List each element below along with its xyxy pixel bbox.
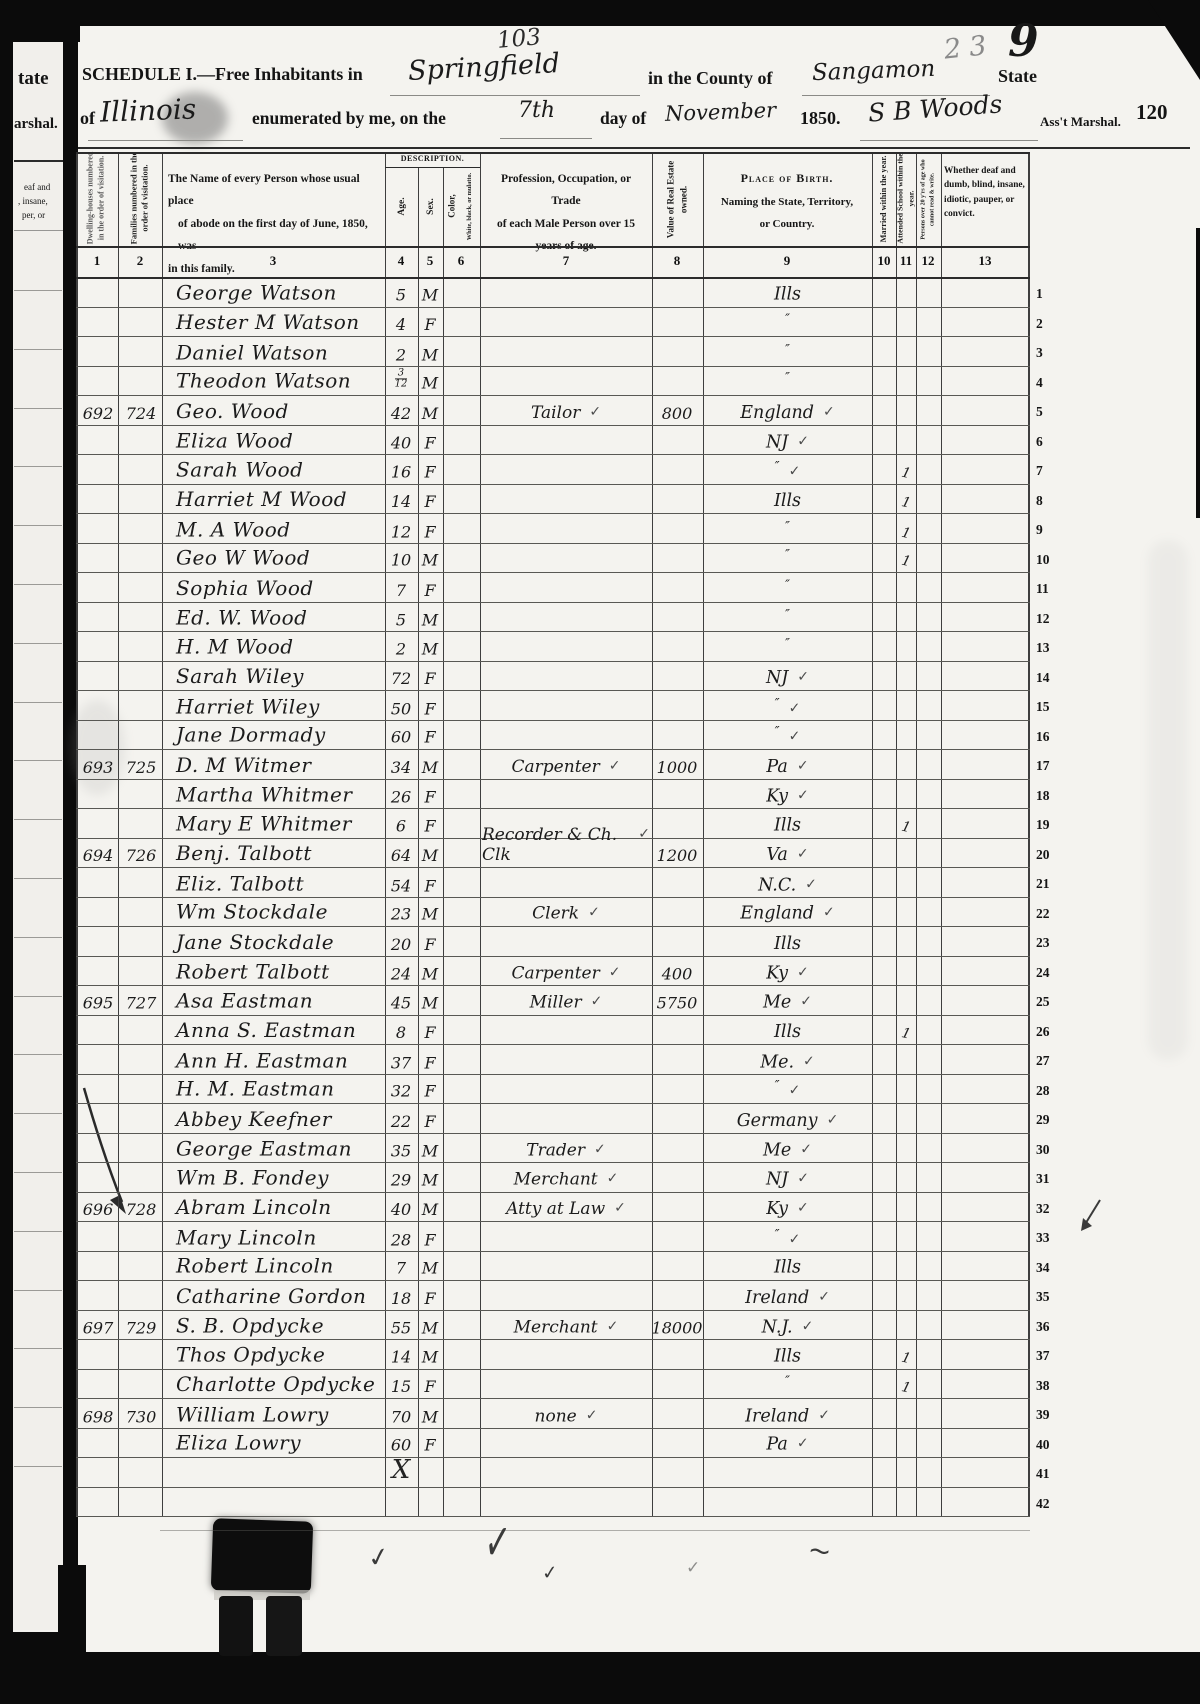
column-header-text: Families numbered in the order of visita…	[128, 152, 151, 245]
sex-cell: M	[417, 965, 443, 984]
person-name-cell: Anna S. Eastman	[170, 1018, 389, 1042]
age-cell: 23	[384, 904, 418, 923]
column-header-text: The Name of every Person whose usual pla…	[168, 168, 382, 213]
attended-school-cell: 1	[895, 493, 916, 513]
person-name-cell: Robert Lincoln	[170, 1253, 389, 1277]
family-number-cell: 728	[120, 1200, 162, 1219]
check-mark: ✓	[803, 1053, 815, 1069]
birthplace-cell: Me✓	[704, 1141, 871, 1161]
line-number: 2	[1036, 316, 1043, 332]
check-mark: ✓	[789, 700, 801, 716]
dwelling-number-cell: 698	[78, 1407, 118, 1426]
check-mark: ✓	[607, 1170, 619, 1186]
birthplace-cell: Ireland✓	[704, 1406, 871, 1426]
person-name-cell: Abram Lincoln	[170, 1195, 389, 1219]
birthplace-cell: NJ✓	[704, 1169, 871, 1189]
person-name-cell: Sarah Wood	[170, 457, 389, 481]
birthplace-cell: Ky✓	[704, 964, 871, 984]
printed-page-number: 120	[1136, 100, 1168, 125]
sex-cell: F	[417, 581, 443, 600]
column-number: 12	[916, 253, 940, 269]
age-cell: 16	[384, 462, 418, 481]
age-cell: 5	[384, 611, 418, 630]
birthplace-cell: ″	[704, 377, 871, 392]
sex-cell: M	[417, 993, 443, 1012]
neighbor-fragment: , insane,	[18, 196, 48, 206]
age-cell: 54	[384, 876, 418, 895]
age-cell: 60	[384, 727, 418, 746]
age-cell: 28	[384, 1230, 418, 1249]
census-row: 694726Benj. Talbott64MRecorder & Ch. Clk…	[0, 838, 1100, 868]
sex-cell: M	[417, 404, 443, 423]
check-mark: ✓	[586, 1407, 598, 1423]
census-row: George Eastman35MTrader✓Me✓	[0, 1133, 1100, 1163]
age-cell: 45	[384, 993, 418, 1012]
age-cell: X	[384, 1455, 418, 1485]
blank-line	[500, 138, 592, 139]
census-row: Abbey Keefner22FGermany✓	[0, 1103, 1100, 1133]
schedule-title: SCHEDULE I.—Free Inhabitants in	[82, 64, 363, 85]
sex-cell: M	[417, 846, 443, 865]
check-mark: ✓	[609, 965, 621, 981]
county-label: in the County of	[648, 68, 773, 89]
scan-bottom-border	[0, 1652, 1200, 1704]
person-name-cell: Harriet Wiley	[170, 694, 389, 718]
census-row: Anna S. Eastman8FIlls1	[0, 1015, 1100, 1045]
sex-cell: F	[417, 462, 443, 481]
census-row: Ed. W. Wood5M″	[0, 602, 1100, 632]
line-number: 8	[1036, 493, 1043, 509]
column-number: 5	[418, 253, 442, 269]
line-number: 33	[1036, 1230, 1050, 1246]
sex-cell: F	[417, 699, 443, 718]
occupation-cell: Recorder & Ch. Clk✓	[482, 825, 650, 865]
sex-cell: F	[417, 315, 443, 334]
person-name-cell: Daniel Watson	[170, 340, 389, 364]
sex-cell: M	[417, 550, 443, 569]
line-number: 35	[1036, 1289, 1050, 1305]
line-number: 25	[1036, 994, 1050, 1010]
attended-school-cell: 1	[895, 551, 916, 571]
column-number: 1	[85, 253, 109, 269]
column-header-text: DESCRIPTION.	[385, 154, 480, 163]
column-header-text: Whether deaf and dumb, blind, insane, id…	[944, 166, 1025, 219]
birthplace-cell: ″✓	[704, 1233, 871, 1249]
line-number: 23	[1036, 935, 1050, 951]
line-number: 4	[1036, 375, 1043, 391]
line-number: 10	[1036, 552, 1050, 568]
occupation-cell: Merchant✓	[482, 1169, 650, 1189]
sex-cell: M	[417, 373, 443, 392]
column-number: 11	[894, 253, 918, 269]
line-number: 41	[1036, 1466, 1050, 1482]
age-cell: 20	[384, 935, 418, 954]
column-header-text: Dwelling-houses numbered in the order of…	[86, 152, 108, 245]
column-number: 9	[775, 253, 799, 269]
birthplace-cell: N.C.✓	[704, 875, 871, 895]
dwelling-number-cell: 697	[78, 1319, 118, 1338]
line-number: 32	[1036, 1201, 1050, 1217]
age-cell: 40	[384, 434, 418, 453]
column-number: 8	[665, 253, 689, 269]
column-number: 4	[389, 253, 413, 269]
birthplace-cell: ″✓	[704, 702, 871, 718]
person-name-cell: Jane Dormady	[170, 722, 389, 746]
check-mark: ✓	[638, 826, 650, 842]
dwelling-number-cell: 693	[78, 758, 118, 777]
dwelling-number-cell: 694	[78, 846, 118, 865]
line-number: 29	[1036, 1112, 1050, 1128]
birthplace-cell: NJ✓	[704, 668, 871, 688]
sex-cell: F	[417, 788, 443, 807]
sex-cell: M	[417, 611, 443, 630]
sex-cell: M	[417, 1319, 443, 1338]
age-cell: 26	[384, 788, 418, 807]
birthplace-cell: Ills	[704, 934, 871, 954]
census-row: Eliz. Talbott54FN.C.✓	[0, 868, 1100, 898]
person-name-cell: Geo W Wood	[170, 545, 389, 569]
scan-right-sliver	[1196, 228, 1200, 518]
grid-line	[160, 1530, 1030, 1531]
line-number: 5	[1036, 404, 1043, 420]
census-row: Harriet Wiley50F″✓	[0, 691, 1100, 721]
age-cell: 35	[384, 1142, 418, 1161]
sex-cell: F	[417, 1112, 443, 1131]
family-number-cell: 729	[120, 1319, 162, 1338]
attended-school-cell: 1	[895, 523, 916, 543]
column-header-value: Value of Real Estate owned.	[652, 155, 703, 245]
person-name-cell: H. M Wood	[170, 634, 389, 658]
person-name-cell: Sarah Wiley	[170, 664, 389, 688]
check-mark: ✓	[589, 404, 601, 420]
column-header-text: Age.	[397, 197, 407, 215]
occupation-cell: Clerk✓	[482, 903, 650, 923]
column-header-age: Age.	[385, 168, 418, 245]
neighbor-fragment: per, or	[22, 210, 45, 220]
census-row: Robert Lincoln7MIlls	[0, 1250, 1100, 1280]
check-mark: ✓	[797, 788, 809, 804]
age-cell: 10	[384, 550, 418, 569]
check-mark: ✓	[797, 965, 809, 981]
column-header-sex: Sex.	[418, 168, 443, 245]
sex-cell: F	[417, 522, 443, 541]
line-number: 42	[1036, 1496, 1050, 1512]
column-number: 10	[872, 253, 896, 269]
ink-blot-leg	[266, 1596, 302, 1656]
birthplace-cell: Ills	[704, 491, 871, 511]
person-name-cell: Mary Lincoln	[170, 1225, 389, 1249]
check-mark: ✓	[827, 1112, 839, 1128]
column-header-whether-deaf: Whether deaf and dumb, blind, insane, id…	[944, 164, 1028, 222]
column-header-profession: Profession, Occupation, or Trade of each…	[486, 168, 646, 258]
birthplace-cell: N.J.✓	[704, 1318, 871, 1338]
column-header-school: Attended School within the year.	[896, 153, 917, 245]
census-row: Jane Stockdale20FIlls	[0, 926, 1100, 956]
age-cell: 15	[384, 1377, 418, 1396]
column-number: 3	[261, 253, 285, 269]
birthplace-cell: Germany✓	[704, 1111, 871, 1131]
birthplace-cell: Ky✓	[704, 1199, 871, 1219]
sex-cell: M	[417, 1142, 443, 1161]
column-header-color-sub: White, black, or mulatto.	[461, 168, 480, 245]
column-header-text: of each Male Person over 15	[486, 213, 646, 235]
corner-number-light: 23	[943, 29, 996, 65]
neighbor-rule	[14, 160, 63, 162]
line-number: 13	[1036, 640, 1050, 656]
census-row: 695727Asa Eastman45MMiller✓5750Me✓	[0, 984, 1100, 1014]
sex-cell: F	[417, 1377, 443, 1396]
line-number: 1	[1036, 286, 1043, 302]
line-number: 7	[1036, 463, 1043, 479]
sex-cell: M	[417, 1258, 443, 1277]
birthplace-cell: Ills	[704, 1022, 871, 1042]
census-row: Ann H. Eastman37FMe.✓	[0, 1045, 1100, 1075]
neighbor-fragment: tate	[18, 68, 49, 90]
column-header-birthplace: Place of Birth. Naming the State, Territ…	[708, 166, 866, 236]
family-number-cell: 726	[120, 846, 162, 865]
check-mark: ✓	[614, 1200, 626, 1216]
person-name-cell: Jane Stockdale	[170, 930, 389, 954]
census-row: 693725D. M Witmer34MCarpenter✓1000Pa✓	[0, 749, 1100, 779]
sex-cell: M	[417, 345, 443, 364]
age-cell: 7	[384, 581, 418, 600]
census-row: Wm B. Fondey29MMerchant✓NJ✓	[0, 1161, 1100, 1191]
age-cell: 5	[384, 285, 418, 304]
real-estate-value-cell: 1200	[652, 846, 702, 865]
check-mark: ✓	[800, 1142, 812, 1158]
birthplace-cell: ″	[704, 1381, 871, 1396]
occupation-cell: Atty at Law✓	[482, 1199, 650, 1219]
state-handwritten: Illinois	[99, 92, 196, 128]
attended-school-cell: 1	[895, 463, 916, 483]
age-cell: 312	[384, 371, 418, 392]
age-cell: 37	[384, 1053, 418, 1072]
month-handwritten: November	[665, 98, 777, 126]
age-cell: 8	[384, 1023, 418, 1042]
sex-cell: F	[417, 1289, 443, 1308]
birthplace-cell: ″	[704, 349, 871, 364]
description-label: DESCRIPTION.	[385, 154, 480, 163]
age-cell: 24	[384, 965, 418, 984]
line-number: 19	[1036, 817, 1050, 833]
census-row: 692724Geo. Wood42MTailor✓800England✓	[0, 395, 1100, 425]
person-name-cell: Eliza Wood	[170, 429, 389, 453]
birthplace-cell: Me.✓	[704, 1052, 871, 1072]
person-name-cell: Thos Opdycke	[170, 1342, 389, 1366]
sex-cell: M	[417, 758, 443, 777]
check-mark: ✓	[797, 846, 809, 862]
check-mark: ✓	[818, 1289, 830, 1305]
sex-cell: M	[417, 904, 443, 923]
person-name-cell: Eliz. Talbott	[170, 871, 389, 895]
age-cell: 40	[384, 1200, 418, 1219]
pen-mark: ✓	[483, 1513, 512, 1574]
check-mark: ✓	[805, 876, 817, 892]
grid-line	[76, 246, 1030, 248]
census-row: H. M. Eastman32F″✓	[0, 1073, 1100, 1103]
column-header-text: Place of Birth.	[708, 166, 866, 191]
birthplace-cell: ″✓	[704, 730, 871, 746]
ink-smudge	[1148, 540, 1188, 1060]
line-number: 6	[1036, 434, 1043, 450]
column-header-color: Color,	[443, 168, 461, 245]
check-mark: ✓	[797, 1435, 809, 1451]
census-row: Wm Stockdale23MClerk✓England✓	[0, 896, 1100, 926]
check-mark: ✓	[800, 993, 812, 1009]
census-row: 697729S. B. Opdycke55MMerchant✓18000N.J.…	[0, 1310, 1100, 1340]
birthplace-cell: NJ✓	[704, 433, 871, 453]
birthplace-cell: Ills	[704, 284, 871, 304]
check-mark: ✓	[823, 404, 835, 420]
age-cell: 64	[384, 846, 418, 865]
age-cell: 6	[384, 816, 418, 835]
sex-cell: F	[417, 935, 443, 954]
census-row: M. A Wood12F″1	[0, 514, 1100, 544]
column-header-text: Persons over 20 y'rs of age who cannot r…	[920, 154, 936, 246]
person-name-cell: Benj. Talbott	[170, 841, 389, 865]
birthplace-cell: Me✓	[704, 992, 871, 1012]
person-name-cell: Wm B. Fondey	[170, 1165, 389, 1189]
column-header-families: Families numbered in the order of visita…	[118, 152, 162, 245]
occupation-cell: Carpenter✓	[482, 964, 650, 984]
sex-cell: F	[417, 492, 443, 511]
person-name-cell: Martha Whitmer	[170, 783, 389, 807]
census-row: Sarah Wood16F″✓1	[0, 453, 1100, 483]
age-cell: 34	[384, 758, 418, 777]
dwelling-number-cell: 696	[78, 1200, 118, 1219]
attended-school-cell: 1	[895, 817, 916, 837]
birthplace-cell: Ills	[704, 815, 871, 835]
age-cell: 14	[384, 492, 418, 511]
column-header-dwelling: Dwelling-houses numbered in the order of…	[76, 152, 118, 245]
check-mark: ✓	[802, 1319, 814, 1335]
census-row	[0, 1487, 1100, 1517]
family-number-cell: 727	[120, 993, 162, 1012]
marshal-label: Ass't Marshal.	[1040, 114, 1121, 130]
blank-line	[88, 140, 243, 141]
age-cell: 60	[384, 1435, 418, 1454]
sex-cell: F	[417, 1435, 443, 1454]
column-header-text: Value of Real Estate owned.	[664, 155, 689, 245]
check-mark: ✓	[789, 728, 801, 744]
person-name-cell: H. M. Eastman	[170, 1076, 389, 1100]
sex-cell: F	[417, 1053, 443, 1072]
county-handwritten: Sangamon	[812, 56, 936, 86]
line-number: 31	[1036, 1171, 1050, 1187]
birthplace-cell: ″	[704, 554, 871, 569]
pen-mark: ✓	[366, 1541, 393, 1574]
sex-cell: M	[417, 639, 443, 658]
line-number: 22	[1036, 906, 1050, 922]
census-row: 696728Abram Lincoln40MAtty at Law✓Ky✓	[0, 1192, 1100, 1222]
person-name-cell: Charlotte Opdycke	[170, 1372, 389, 1396]
age-cell: 42	[384, 404, 418, 423]
attended-school-cell: 1	[895, 1024, 916, 1044]
person-name-cell: Robert Talbott	[170, 960, 389, 984]
sex-cell: F	[417, 816, 443, 835]
line-number: 26	[1036, 1024, 1050, 1040]
corner-number-dark: 9	[1008, 16, 1039, 67]
blank-line	[860, 140, 1038, 141]
line-number: 37	[1036, 1348, 1050, 1364]
blank-line	[390, 95, 640, 96]
person-name-cell: Theodon Watson	[170, 368, 389, 392]
birthplace-cell: Pa✓	[704, 757, 871, 777]
attended-school-cell: 1	[895, 1348, 916, 1368]
birthplace-cell: Ireland✓	[704, 1288, 871, 1308]
line-number: 18	[1036, 788, 1050, 804]
line-number: 27	[1036, 1053, 1050, 1069]
line-number: 40	[1036, 1437, 1050, 1453]
sex-cell: F	[417, 727, 443, 746]
person-name-cell: Ann H. Eastman	[170, 1048, 389, 1072]
check-mark: ✓	[797, 758, 809, 774]
sex-cell: M	[417, 1407, 443, 1426]
sex-cell: F	[417, 876, 443, 895]
line-number: 24	[1036, 965, 1050, 981]
check-mark: ✓	[797, 1200, 809, 1216]
of-label: of	[80, 108, 95, 129]
census-row: Eliza Wood40FNJ✓	[0, 425, 1100, 455]
neighbor-rule	[14, 230, 63, 231]
real-estate-value-cell: 18000	[652, 1319, 702, 1338]
line-number: 38	[1036, 1378, 1050, 1394]
line-number: 12	[1036, 611, 1050, 627]
age-cell: 12	[384, 522, 418, 541]
birthplace-cell: ″✓	[704, 1084, 871, 1100]
line-number: 16	[1036, 729, 1050, 745]
place-handwritten: Springfield	[407, 48, 560, 87]
census-row: 698730William Lowry70Mnone✓Ireland✓	[0, 1399, 1100, 1429]
person-name-cell: S. B. Opdycke	[170, 1314, 389, 1338]
check-mark: ✓	[823, 904, 835, 920]
line-number: 14	[1036, 670, 1050, 686]
birthplace-cell: Ills	[704, 1257, 871, 1277]
neighbor-fragment: arshal.	[14, 116, 58, 133]
column-number: 2	[128, 253, 152, 269]
pen-mark: ✓	[541, 1561, 559, 1584]
census-row: Geo W Wood10M″1	[0, 542, 1100, 572]
census-row: Mary Lincoln28F″✓	[0, 1222, 1100, 1252]
line-number: 20	[1036, 847, 1050, 863]
sex-cell: M	[417, 285, 443, 304]
census-row: Daniel Watson2M″	[0, 337, 1100, 367]
census-row: Thos Opdycke14MIlls1	[0, 1338, 1100, 1368]
dwelling-number-cell: 692	[78, 404, 118, 423]
age-cell: 2	[384, 345, 418, 364]
column-header-text: Color,	[447, 194, 457, 217]
census-row: Charlotte Opdycke15F″1	[0, 1369, 1100, 1399]
birthplace-cell: England✓	[704, 903, 871, 923]
sex-cell: F	[417, 1230, 443, 1249]
family-number-cell: 725	[120, 758, 162, 777]
occupation-cell: Trader✓	[482, 1141, 650, 1161]
grid-line	[385, 167, 480, 168]
person-name-cell: Mary E Whitmer	[170, 811, 389, 835]
real-estate-value-cell: 1000	[652, 758, 702, 777]
line-number: 34	[1036, 1260, 1050, 1276]
age-cell: 18	[384, 1289, 418, 1308]
age-cell: 72	[384, 669, 418, 688]
line-number: 39	[1036, 1407, 1050, 1423]
family-number-cell: 724	[120, 404, 162, 423]
occupation-cell: Tailor✓	[482, 403, 650, 423]
person-name-cell: Catharine Gordon	[170, 1284, 389, 1308]
person-name-cell: Eliza Lowry	[170, 1430, 389, 1454]
check-mark: ✓	[797, 434, 809, 450]
census-row: Harriet M Wood14FIlls1	[0, 484, 1100, 514]
dwelling-number-cell: 695	[78, 993, 118, 1012]
